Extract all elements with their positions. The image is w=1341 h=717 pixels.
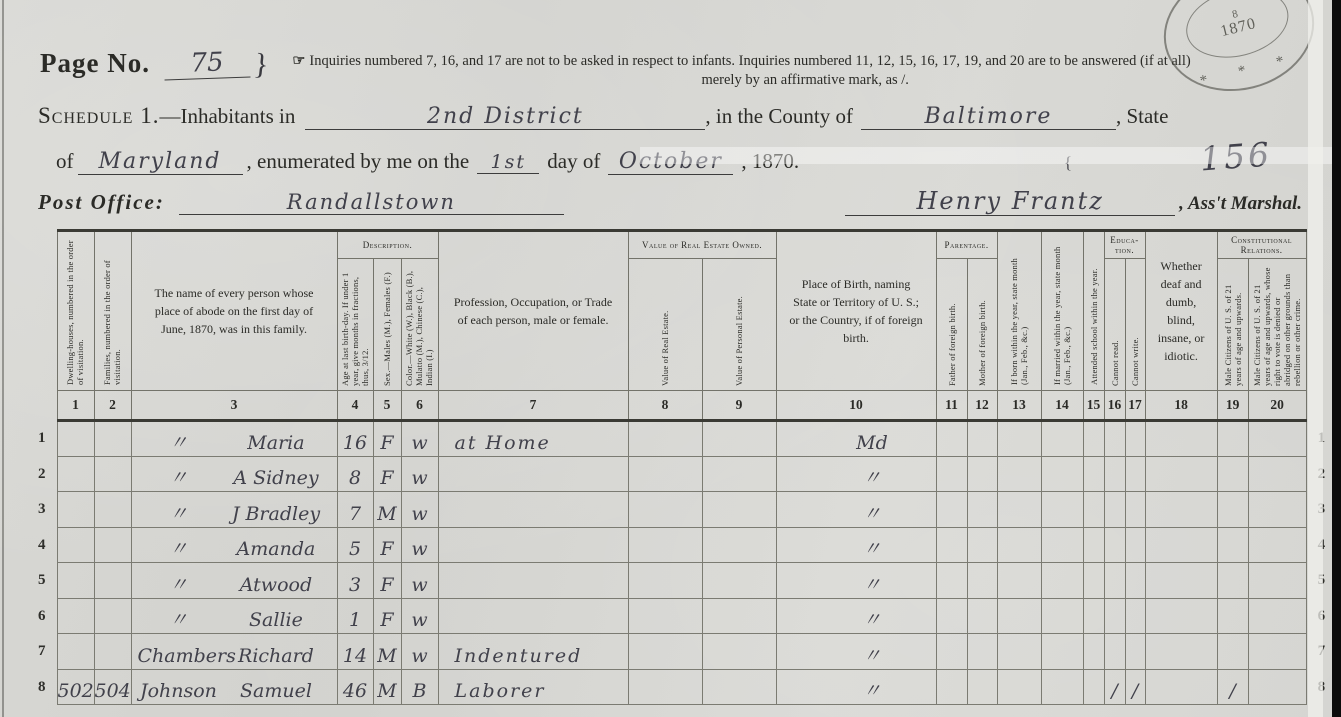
cell-deaf-dumb [1145,598,1217,634]
name-given: Amanda [219,540,332,560]
cell-cannot-read [1104,598,1125,634]
cell-occupation: Indentured [438,634,628,670]
cell-color: w [401,563,438,599]
cell-personal-estate [702,421,776,457]
cell-personal-estate [702,527,776,563]
cell-deaf-dumb [1145,421,1217,457]
name-given: Atwood [219,576,332,596]
marshal-title: , Ass't Marshal. [1179,193,1302,215]
scan-light-band [640,147,1332,164]
cell-father-foreign [936,634,967,670]
cell-sex: F [373,598,401,634]
cell-male-citizen [1217,634,1248,670]
cell-family-number [94,527,131,563]
cell-birthplace: 〃 [776,563,936,599]
cell-birthplace: 〃 [776,634,936,670]
page-no-label: Page No. [40,48,150,79]
col-header-color: Color.—White (W.), Black (B.), Mulatto (… [401,259,438,391]
scan-edge-white-strip [1308,0,1323,717]
name-surname: Johnson [138,682,220,702]
group-real-estate: Value of Real Estate Owned. [628,231,776,259]
table-row: 7 Chambers Richard 14 M w Indentured [0,634,1332,670]
row-number-left: 3 [0,492,57,528]
cell-father-foreign [936,421,967,457]
cell-family-number [94,456,131,492]
col-number: 12 [967,391,997,421]
cell-occupation [438,563,628,599]
col-number: 11 [936,391,967,421]
cell-personal-estate [702,492,776,528]
district-field: 2nd District [305,104,705,130]
cell-real-estate [628,598,702,634]
cell-attended-school [1083,669,1104,705]
cell-vote-denied [1248,421,1306,457]
name-given: Richard [219,647,332,667]
cell-personal-estate [702,563,776,599]
scan-edge-left [2,0,4,717]
cell-color: w [401,634,438,670]
row-number-left: 8 [0,669,57,705]
cell-vote-denied [1248,634,1306,670]
cell-cannot-write [1125,598,1145,634]
col-number: 14 [1041,391,1083,421]
cell-age: 8 [337,456,373,492]
col-number: 2 [94,391,131,421]
cell-sex: M [373,492,401,528]
col-number: 10 [776,391,936,421]
name-surname: 〃 [138,469,220,489]
cell-sex: F [373,563,401,599]
cell-occupation: at Home [438,421,628,457]
cell-dwelling-number [57,456,94,492]
name-surname: 〃 [138,611,220,631]
page-no-value: 75 [163,47,250,81]
row-number-left: 1 [0,421,57,457]
row-number-left: 6 [0,598,57,634]
col-header-sex: Sex.—Males (M.), Females (F.) [373,259,401,391]
cell-name: Chambers Richard [131,634,337,670]
name-given: A Sidney [219,469,332,489]
cell-deaf-dumb [1145,492,1217,528]
county-field: Baltimore [861,104,1116,130]
cell-real-estate [628,669,702,705]
cell-vote-denied [1248,563,1306,599]
cell-real-estate [628,527,702,563]
cell-sex: M [373,634,401,670]
col-header-deaf-dumb: Whether deaf and dumb, blind, insane, or… [1145,231,1217,391]
cell-cannot-write [1125,634,1145,670]
col-header-vote-denied: Male Citizens of U. S. of 21 years of ag… [1248,259,1306,391]
inquiries-note: ☞Inquiries numbered 7, 16, and 17 are no… [292,52,1318,90]
cell-birth-month [997,492,1041,528]
cell-birthplace: 〃 [776,669,936,705]
cell-color: w [401,492,438,528]
cell-color: w [401,598,438,634]
col-number: 1 [57,391,94,421]
cell-birthplace: 〃 [776,456,936,492]
cell-attended-school [1083,456,1104,492]
cell-male-citizen [1217,563,1248,599]
cell-deaf-dumb [1145,634,1217,670]
marshal-name-field: Henry Frantz [845,187,1175,216]
cell-family-number [94,563,131,599]
cell-personal-estate [702,669,776,705]
col-header-birthplace: Place of Birth, naming State or Territor… [776,231,936,391]
note-line-2: merely by an affirmative mark, as /. [292,71,1318,90]
col-header-age: Age at last birth-day. If under 1 year, … [337,259,373,391]
cell-cannot-write [1125,563,1145,599]
cell-male-citizen [1217,598,1248,634]
page-number-line: Page No. 75 } ☞Inquiries numbered 7, 16,… [40,48,1324,90]
cell-cannot-read: / [1104,669,1125,705]
post-office-field: Randallstown [179,190,564,215]
cell-married-month [1041,527,1083,563]
col-header-name: The name of every person whose place of … [131,231,337,391]
brace-mark: } [252,47,270,82]
cell-real-estate [628,634,702,670]
col-header-cannot-write: Cannot write. [1125,259,1145,391]
cell-occupation [438,527,628,563]
cell-sex: M [373,669,401,705]
cell-age: 16 [337,421,373,457]
date-stamp: 8 1870 * * * [1151,0,1328,107]
cell-father-foreign [936,492,967,528]
cell-birth-month [997,563,1041,599]
cell-married-month [1041,598,1083,634]
stamp-year: 1870 [1219,16,1258,41]
cell-deaf-dumb [1145,527,1217,563]
cell-vote-denied [1248,527,1306,563]
cell-married-month [1041,456,1083,492]
cell-married-month [1041,492,1083,528]
cell-attended-school [1083,492,1104,528]
cell-color: w [401,527,438,563]
name-given: Sallie [219,611,332,631]
cell-mother-foreign [967,598,997,634]
cell-mother-foreign [967,634,997,670]
cell-age: 5 [337,527,373,563]
name-surname: Chambers [138,647,220,667]
name-surname: 〃 [138,540,220,560]
cell-attended-school [1083,634,1104,670]
of-label: of [56,149,74,174]
col-header-personal-estate: Value of Personal Estate. [702,259,776,391]
cell-color: B [401,669,438,705]
cell-male-citizen: / [1217,669,1248,705]
group-constitutional: Constitutional Relations. [1217,231,1306,259]
cell-real-estate [628,421,702,457]
cell-married-month [1041,563,1083,599]
schedule-word: Schedule 1. [38,103,159,129]
state-field: Maryland [78,149,243,175]
cell-father-foreign [936,527,967,563]
cell-name: 〃 Atwood [131,563,337,599]
cell-dwelling-number [57,527,94,563]
cell-father-foreign [936,669,967,705]
col-header-cannot-read: Cannot read. [1104,259,1125,391]
cell-cannot-write [1125,492,1145,528]
table-row: 8 502 504 Johnson Samuel 46 M B Laborer [0,669,1332,705]
cell-attended-school [1083,527,1104,563]
schedule-rest: —Inhabitants in [159,104,295,129]
cell-personal-estate [702,598,776,634]
col-number: 16 [1104,391,1125,421]
cell-family-number [94,634,131,670]
census-table: Dwelling-houses, numbered in the order o… [0,229,1332,705]
cell-birthplace: 〃 [776,527,936,563]
table-row: 1 〃 Maria 16 F w at Home [0,421,1332,457]
post-office-label: Post Office: [38,190,165,215]
col-header-real-estate: Value of Real Estate. [628,259,702,391]
cell-color: w [401,456,438,492]
col-header-dwelling: Dwelling-houses, numbered in the order o… [57,231,94,391]
cell-vote-denied [1248,669,1306,705]
name-given: Samuel [219,682,332,702]
cell-deaf-dumb [1145,456,1217,492]
cell-age: 1 [337,598,373,634]
col-number: 3 [131,391,337,421]
row-number-left: 2 [0,456,57,492]
col-header-married-month: If married within the year, state month … [1041,231,1083,391]
col-header-father-foreign: Father of foreign birth. [936,259,967,391]
cell-birth-month [997,527,1041,563]
cell-birth-month [997,421,1041,457]
cell-occupation [438,598,628,634]
cell-deaf-dumb [1145,563,1217,599]
cell-color: w [401,421,438,457]
cell-attended-school [1083,598,1104,634]
cell-vote-denied [1248,456,1306,492]
cell-occupation [438,492,628,528]
cell-family-number [94,421,131,457]
cell-name: 〃 J Bradley [131,492,337,528]
cell-male-citizen [1217,492,1248,528]
cell-married-month [1041,634,1083,670]
col-header-male-citizen: Male Citizens of U. S. of 21 years of ag… [1217,259,1248,391]
col-number: 17 [1125,391,1145,421]
enumerated-label: , enumerated by me on the [247,149,470,174]
cell-married-month [1041,669,1083,705]
cell-dwelling-number: 502 [57,669,94,705]
cell-cannot-read [1104,421,1125,457]
cell-name: 〃 Sallie [131,598,337,634]
cell-cannot-write: / [1125,669,1145,705]
cell-age: 46 [337,669,373,705]
col-number: 6 [401,391,438,421]
cell-attended-school [1083,421,1104,457]
name-surname: 〃 [138,505,220,525]
schedule-line: Schedule 1. —Inhabitants in 2nd District… [38,103,1302,130]
table-row: 2 〃 A Sidney 8 F w [0,456,1332,492]
cell-family-number: 504 [94,669,131,705]
pointing-hand-icon: ☞ [292,53,305,69]
day-of-label: day of [547,149,600,174]
cell-birthplace: Md [776,421,936,457]
col-number: 19 [1217,391,1248,421]
gutter-left-header [0,231,57,421]
cell-male-citizen [1217,456,1248,492]
row-number-left: 7 [0,634,57,670]
cell-mother-foreign [967,456,997,492]
group-parentage: Parentage. [936,231,997,259]
col-number: 13 [997,391,1041,421]
cell-sex: F [373,456,401,492]
cell-male-citizen [1217,421,1248,457]
cell-birth-month [997,634,1041,670]
cell-cannot-read [1104,527,1125,563]
cell-occupation [438,456,628,492]
table-row: 6 〃 Sallie 1 F w [0,598,1332,634]
cell-birth-month [997,598,1041,634]
cell-real-estate [628,456,702,492]
paper-sheet: 8 1870 * * * Page No. 75 } ☞Inquiries nu… [0,0,1332,717]
cell-deaf-dumb [1145,669,1217,705]
cell-father-foreign [936,563,967,599]
name-given: Maria [219,434,332,454]
cell-birthplace: 〃 [776,598,936,634]
col-number: 15 [1083,391,1104,421]
cell-mother-foreign [967,527,997,563]
cell-mother-foreign [967,421,997,457]
row-number-left: 5 [0,563,57,599]
cell-dwelling-number [57,563,94,599]
cell-cannot-write [1125,421,1145,457]
cell-name: 〃 Amanda [131,527,337,563]
cell-cannot-read [1104,634,1125,670]
cell-birth-month [997,456,1041,492]
cell-family-number [94,492,131,528]
table-row: 5 〃 Atwood 3 F w [0,563,1332,599]
table-row: 3 〃 J Bradley 7 M w [0,492,1332,528]
name-surname: 〃 [138,576,220,596]
cell-vote-denied [1248,598,1306,634]
col-number: 20 [1248,391,1306,421]
cell-dwelling-number [57,492,94,528]
cell-cannot-read [1104,492,1125,528]
cell-real-estate [628,563,702,599]
note-line-1: Inquiries numbered 7, 16, and 17 are not… [309,53,1190,69]
cell-birthplace: 〃 [776,492,936,528]
col-number: 18 [1145,391,1217,421]
cell-vote-denied [1248,492,1306,528]
cell-attended-school [1083,563,1104,599]
cell-age: 3 [337,563,373,599]
cell-age: 7 [337,492,373,528]
cell-occupation: Laborer [438,669,628,705]
cell-sex: F [373,421,401,457]
census-page-scan: 8 1870 * * * Page No. 75 } ☞Inquiries nu… [0,0,1341,717]
name-given: J Bradley [219,505,332,525]
cell-cannot-write [1125,456,1145,492]
group-education: Educa-tion. [1104,231,1145,259]
cell-name: 〃 Maria [131,421,337,457]
cell-real-estate [628,492,702,528]
cell-personal-estate [702,456,776,492]
col-number: 5 [373,391,401,421]
cell-mother-foreign [967,669,997,705]
cell-male-citizen [1217,527,1248,563]
cell-birth-month [997,669,1041,705]
row-number-left: 4 [0,527,57,563]
county-label: , in the County of [705,104,853,129]
col-number: 9 [702,391,776,421]
col-number: 7 [438,391,628,421]
cell-name: Johnson Samuel [131,669,337,705]
cell-dwelling-number [57,634,94,670]
col-header-mother-foreign: Mother of foreign birth. [967,259,997,391]
col-header-families: Families, numbered in the order of visit… [94,231,131,391]
col-header-school: Attended school within the year. [1083,231,1104,391]
cell-dwelling-number [57,598,94,634]
day-field: 1st [477,151,539,174]
cell-cannot-read [1104,456,1125,492]
cell-father-foreign [936,456,967,492]
cell-name: 〃 A Sidney [131,456,337,492]
cell-cannot-read [1104,563,1125,599]
cell-married-month [1041,421,1083,457]
col-header-born-month: If born within the year, state month (Ja… [997,231,1041,391]
cell-dwelling-number [57,421,94,457]
col-number: 4 [337,391,373,421]
group-description: Description. [337,231,438,259]
state-suffix: , State [1116,104,1169,129]
table-row: 4 〃 Amanda 5 F w [0,527,1332,563]
col-header-occupation: Profession, Occupation, or Trade of each… [438,231,628,391]
col-number: 8 [628,391,702,421]
name-surname: 〃 [138,434,220,454]
post-office-line: Post Office: Randallstown Henry Frantz ,… [38,187,1302,216]
cell-sex: F [373,527,401,563]
cell-father-foreign [936,598,967,634]
cell-family-number [94,598,131,634]
cell-age: 14 [337,634,373,670]
cell-personal-estate [702,634,776,670]
cell-cannot-write [1125,527,1145,563]
cell-mother-foreign [967,492,997,528]
cell-mother-foreign [967,563,997,599]
